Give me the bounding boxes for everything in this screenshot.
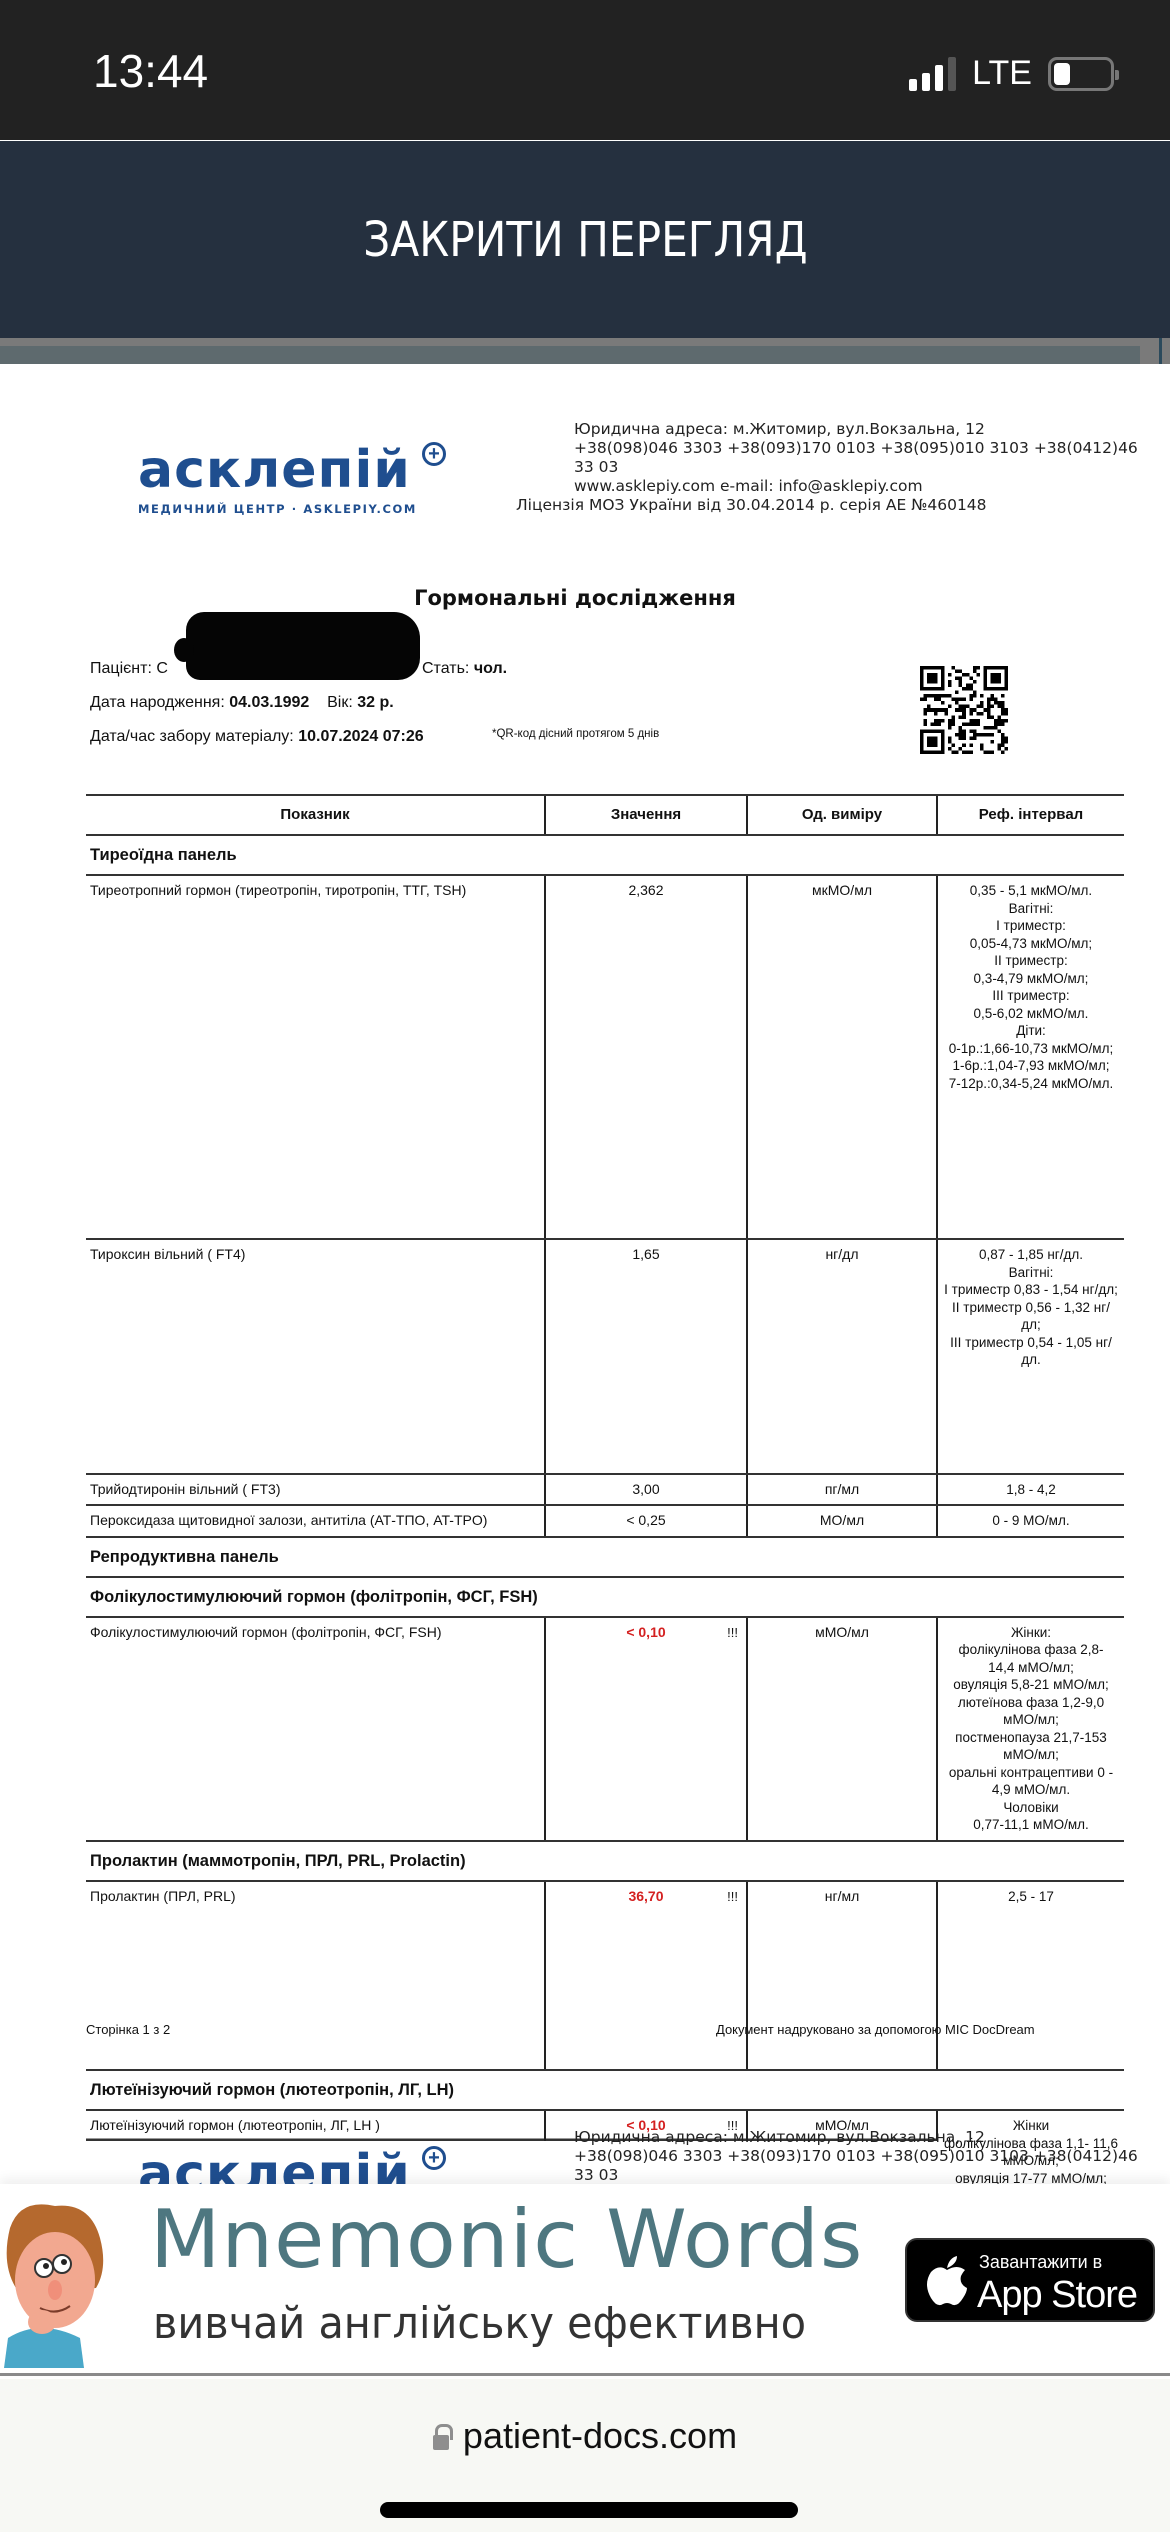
web-email: www.asklepiy.com e-mail: info@asklepiy.c…	[516, 477, 1138, 496]
reference-line: I триместр:	[942, 917, 1120, 935]
phones-cont: 33 03	[516, 458, 1138, 477]
ad-subtitle: вивчай англійську ефективно	[153, 2302, 806, 2346]
patient-name: С	[156, 660, 168, 677]
sex-label: Стать:	[422, 660, 469, 677]
logo-subtitle: МЕДИЧНИЙ ЦЕНТР · ASKLEPIY.COM	[138, 502, 417, 516]
dob-value: 04.03.1992	[229, 694, 309, 711]
reference-line: 0,77-11,1 мМО/мл.	[942, 1816, 1120, 1834]
table-header: Показник Значення Од. виміру Реф. інтерв…	[86, 794, 1124, 836]
indicator-name: Тироксин вільний ( FT4)	[86, 1240, 546, 1473]
result-value: 3,00	[546, 1475, 748, 1505]
sex-info: Стать: чол.	[422, 652, 507, 686]
medical-plus-icon: +	[422, 2146, 446, 2170]
reference-line: Вагітні:	[942, 1264, 1120, 1282]
status-bar: 13:44 LTE	[0, 0, 1170, 140]
abnormal-flag: !!!	[727, 1888, 738, 1906]
reference-line: II триместр 0,56 - 1,32 нг/	[942, 1299, 1120, 1317]
reference-line: III триместр:	[942, 987, 1120, 1005]
section-header: Лютеїнізуючий гормон (лютеотропін, ЛГ, L…	[86, 2071, 1124, 2111]
reference-line: 4,9 мМО/мл.	[942, 1781, 1120, 1799]
result-value: 1,65	[546, 1240, 748, 1473]
clinic-contact-page2: Юридична адреса: м.Житомир, вул.Вокзальн…	[574, 2128, 1138, 2184]
section-header: Фолікулостимулюючий гормон (фолітропін, …	[86, 1578, 1124, 1618]
ad-title: Mnemonic Words	[150, 2200, 863, 2280]
reference-line: лютеїнова фаза 1,2-9,0	[942, 1694, 1120, 1712]
reference-line: 0 - 9 МО/мл.	[942, 1512, 1120, 1530]
sample-date-label: Дата/час забору матеріалу:	[90, 728, 294, 745]
reference-line: III триместр 0,54 - 1,05 нг/	[942, 1334, 1120, 1352]
unit: мМО/мл	[748, 1618, 938, 1840]
apple-icon	[925, 2254, 969, 2308]
unit: нг/мл	[748, 1882, 938, 2070]
reference-line: постменопауза 21,7-153	[942, 1729, 1120, 1747]
document-viewer[interactable]: асклепій + МЕДИЧНИЙ ЦЕНТР · ASKLEPIY.COM…	[0, 364, 1170, 2184]
battery-level	[1054, 63, 1070, 85]
reference-line: II триместр:	[942, 952, 1120, 970]
reference-line: I триместр 0,83 - 1,54 нг/дл;	[942, 1281, 1120, 1299]
url-text: patient-docs.com	[463, 2415, 737, 2456]
logo-wordmark: асклепій	[138, 2148, 411, 2184]
reference-line: 1-6р.:1,04-7,93 мкМО/мл;	[942, 1057, 1120, 1075]
header-indicator: Показник	[86, 796, 546, 834]
result-value: < 0,25	[546, 1506, 748, 1536]
scrollbar-thumb[interactable]	[1159, 338, 1162, 364]
app-store-button[interactable]: Завантажити в App Store	[905, 2238, 1155, 2322]
reference-line: 0,35 - 5,1 мкМО/мл.	[942, 882, 1120, 900]
reference-line: 1,8 - 4,2	[942, 1481, 1120, 1499]
unit: пг/мл	[748, 1475, 938, 1505]
url-display[interactable]: patient-docs.com	[0, 2415, 1170, 2457]
reference-line: 14,4 мМО/мл;	[942, 1659, 1120, 1677]
reference-line: Діти:	[942, 1022, 1120, 1040]
patient-label: Пацієнт:	[90, 660, 152, 677]
cartoon-boy-mascot-icon	[0, 2198, 110, 2368]
phones: +38(098)046 3303 +38(093)170 0103 +38(09…	[516, 439, 1138, 458]
reference-interval: 0,35 - 5,1 мкМО/мл.Вагітні:I триместр:0,…	[938, 876, 1124, 1238]
section-header: Пролактин (маммотропін, ПРЛ, PRL, Prolac…	[86, 1842, 1124, 1882]
reference-line: 7-12р.:0,34-5,24 мкМО/мл.	[942, 1075, 1120, 1093]
clinic-contact: Юридична адреса: м.Житомир, вул.Вокзальн…	[516, 420, 1138, 515]
result-value: 2,362	[546, 876, 748, 1238]
indicator-name: Пролактин (ПРЛ, PRL)	[86, 1882, 546, 2070]
status-indicators: LTE	[909, 54, 1114, 93]
reference-line: 0-1р.:1,66-10,73 мкМО/мл;	[942, 1040, 1120, 1058]
reference-interval: Жінки:фолікулінова фаза 2,8-14,4 мМО/мл;…	[938, 1618, 1124, 1840]
header-unit: Од. виміру	[748, 796, 938, 834]
age-value: 32 р.	[357, 694, 393, 711]
abnormal-flag: !!!	[727, 1624, 738, 1642]
value-text: 36,70	[628, 1888, 663, 1904]
reference-line: Вагітні:	[942, 900, 1120, 918]
reference-line: Чоловіки	[942, 1799, 1120, 1817]
phones: +38(098)046 3303 +38(093)170 0103 +38(09…	[574, 2147, 1138, 2166]
license: Ліцензія МОЗ України від 30.04.2014 р. с…	[516, 496, 1138, 515]
result-value: 36,70!!!	[546, 1882, 748, 2070]
table-row: Фолікулостимулюючий гормон (фолітропін, …	[86, 1618, 1124, 1842]
signal-bar	[922, 73, 930, 91]
sex-value: чол.	[474, 660, 507, 677]
lock-icon	[433, 2424, 449, 2450]
reference-line: 2,5 - 17	[942, 1888, 1120, 1906]
reference-line: овуляція 5,8-21 мМО/мл;	[942, 1676, 1120, 1694]
unit: мкМО/мл	[748, 876, 938, 1238]
reference-line: 0,5-6,02 мкМО/мл.	[942, 1005, 1120, 1023]
reference-line: мМО/мл;	[942, 1711, 1120, 1729]
printed-by: Документ надруковано за допомогою MIC Do…	[716, 2022, 1035, 2037]
close-view-label: ЗАКРИТИ ПЕРЕГЛЯД	[363, 212, 807, 268]
reference-line: Жінки:	[942, 1624, 1120, 1642]
redacted-patient-name	[186, 612, 420, 680]
age-label: Вік:	[327, 694, 353, 711]
reference-line: 0,05-4,73 мкМО/мл;	[942, 935, 1120, 953]
signal-bar	[935, 65, 943, 91]
reference-line: фолікулінова фаза 2,8-	[942, 1641, 1120, 1659]
reference-line: оральні контрацептиви 0 -	[942, 1764, 1120, 1782]
address: Юридична адреса: м.Житомир, вул.Вокзальн…	[516, 420, 1138, 439]
table-row: Пероксидаза щитовидної залози, антитіла …	[86, 1506, 1124, 1538]
cellular-signal-icon	[909, 57, 956, 91]
clinic-logo: асклепій + МЕДИЧНИЙ ЦЕНТР · ASKLEPIY.COM	[138, 444, 417, 516]
reference-interval: 2,5 - 17	[938, 1882, 1124, 2070]
phones-cont: 33 03	[574, 2166, 1138, 2184]
indicator-name: Трийодтиронін вільний ( FT3)	[86, 1475, 546, 1505]
reference-line: мМО/мл;	[942, 1746, 1120, 1764]
value-text: 2,362	[628, 882, 663, 898]
qr-note: *QR-код дісний протягом 5 днів	[492, 726, 659, 742]
indicator-name: Лютеїнізуючий гормон (лютеотропін, ЛГ, L…	[86, 2111, 546, 2141]
reference-line: дл.	[942, 1351, 1120, 1369]
unit: МО/мл	[748, 1506, 938, 1536]
clinic-logo-page2: асклепій +	[138, 2148, 411, 2184]
close-view-button[interactable]: ЗАКРИТИ ПЕРЕГЛЯД	[0, 141, 1170, 338]
signal-bar	[948, 57, 956, 91]
table-row: Тиреотропний гормон (тиреотропін, тиротр…	[86, 876, 1124, 1240]
app-store-small-label: Завантажити в	[979, 2252, 1102, 2273]
signal-bar	[909, 79, 917, 91]
value-text: 1,65	[632, 1246, 659, 1262]
network-type: LTE	[972, 54, 1032, 93]
table-row: Трийодтиронін вільний ( FT3)3,00пг/мл1,8…	[86, 1475, 1124, 1507]
reference-line: 0,3-4,79 мкМО/мл;	[942, 970, 1120, 988]
result-value: < 0,10!!!	[546, 1618, 748, 1840]
dob-label: Дата народження:	[90, 694, 225, 711]
section-header: Репродуктивна панель	[86, 1538, 1124, 1578]
table-row: Тироксин вільний ( FT4)1,65нг/дл0,87 - 1…	[86, 1240, 1124, 1475]
app-store-big-label: App Store	[977, 2274, 1137, 2317]
section-header: Тиреоїдна панель	[86, 836, 1124, 876]
home-indicator[interactable]	[380, 2502, 798, 2518]
reference-interval: 1,8 - 4,2	[938, 1475, 1124, 1505]
reference-interval: 0,87 - 1,85 нг/дл.Вагітні:I триместр 0,8…	[938, 1240, 1124, 1473]
reference-line: дл;	[942, 1316, 1120, 1334]
indicator-name: Фолікулостимулюючий гормон (фолітропін, …	[86, 1618, 546, 1840]
header-value: Значення	[546, 796, 748, 834]
page-number: Сторінка 1 з 2	[86, 2022, 170, 2037]
ad-banner[interactable]: Mnemonic Words вивчай англійську ефектив…	[0, 2184, 1170, 2376]
sample-date-value: 10.07.2024 07:26	[298, 728, 423, 745]
document-title: Гормональні дослідження	[0, 586, 1150, 610]
unit: нг/дл	[748, 1240, 938, 1473]
value-text: 3,00	[632, 1481, 659, 1497]
indicator-name: Пероксидаза щитовидної залози, антитіла …	[86, 1506, 546, 1536]
battery-icon	[1048, 57, 1114, 91]
value-text: < 0,25	[626, 1512, 665, 1528]
indicator-name: Тиреотропний гормон (тиреотропін, тиротр…	[86, 876, 546, 1238]
reference-line: 0,87 - 1,85 нг/дл.	[942, 1246, 1120, 1264]
status-time: 13:44	[93, 44, 208, 98]
address: Юридична адреса: м.Житомир, вул.Вокзальн…	[574, 2128, 1138, 2147]
scrollbar-track	[0, 346, 1140, 364]
horizontal-scrollbar[interactable]	[0, 338, 1170, 364]
table-row: Пролактин (ПРЛ, PRL)36,70!!!нг/мл2,5 - 1…	[86, 1882, 1124, 2072]
results-table: Показник Значення Од. виміру Реф. інтерв…	[86, 794, 1124, 2141]
medical-plus-icon: +	[422, 442, 446, 466]
qr-code	[920, 666, 1008, 754]
header-reference: Реф. інтервал	[938, 796, 1124, 834]
value-text: < 0,10	[626, 1624, 665, 1640]
reference-interval: 0 - 9 МО/мл.	[938, 1506, 1124, 1536]
logo-wordmark: асклепій	[138, 444, 417, 496]
